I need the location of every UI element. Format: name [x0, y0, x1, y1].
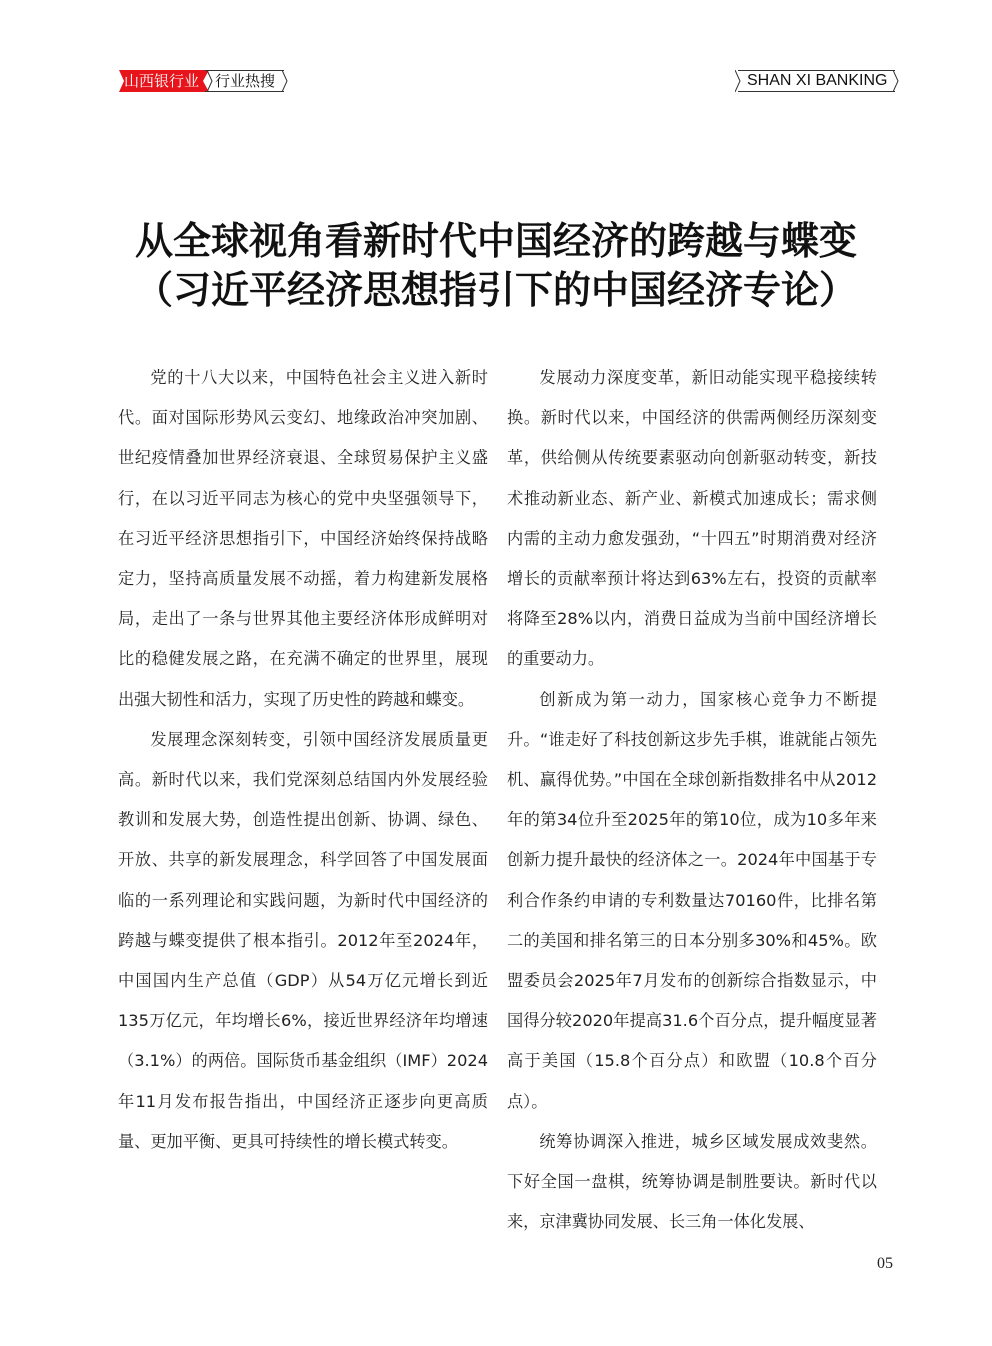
chevron-left-icon — [207, 70, 213, 92]
paragraph: 党的十八大以来，中国特色社会主义进入新时代。面对国际形势风云变幻、地缘政治冲突加… — [118, 358, 488, 720]
category-badge-label: 行业热搜 — [215, 72, 275, 90]
right-column: 发展动力深度变革，新旧动能实现平稳接续转换。新时代以来，中国经济的供需两侧经历深… — [507, 358, 877, 1242]
paragraph: 发展动力深度变革，新旧动能实现平稳接续转换。新时代以来，中国经济的供需两侧经历深… — [507, 358, 877, 680]
chevron-right-icon — [282, 70, 288, 92]
article-title: 从全球视角看新时代中国经济的跨越与蝶变 — [0, 210, 992, 265]
paragraph: 统筹协调深入推进，城乡区域发展成效斐然。下好全国一盘棋，统筹协调是制胜要诀。新时… — [507, 1122, 877, 1243]
chevron-left-icon — [735, 70, 741, 92]
masthead: SHAN XI BANKING — [738, 70, 895, 92]
paragraph: 发展理念深刻转变，引领中国经济发展质量更高。新时代以来，我们党深刻总结国内外发展… — [118, 720, 488, 1162]
section-badge: 山西银行业 — [119, 70, 209, 92]
page-number: 05 — [877, 1255, 893, 1273]
left-column: 党的十八大以来，中国特色社会主义进入新时代。面对国际形势风云变幻、地缘政治冲突加… — [118, 358, 488, 1162]
section-header: 山西银行业 行业热搜 — [119, 70, 284, 92]
masthead-label: SHAN XI BANKING — [747, 72, 887, 89]
article-subtitle: （习近平经济思想指引下的中国经济专论） — [0, 259, 992, 314]
paragraph: 创新成为第一动力，国家核心竞争力不断提升。“谁走好了科技创新这步先手棋，谁就能占… — [507, 680, 877, 1122]
chevron-right-icon — [893, 70, 899, 92]
category-badge: 行业热搜 — [205, 70, 284, 92]
